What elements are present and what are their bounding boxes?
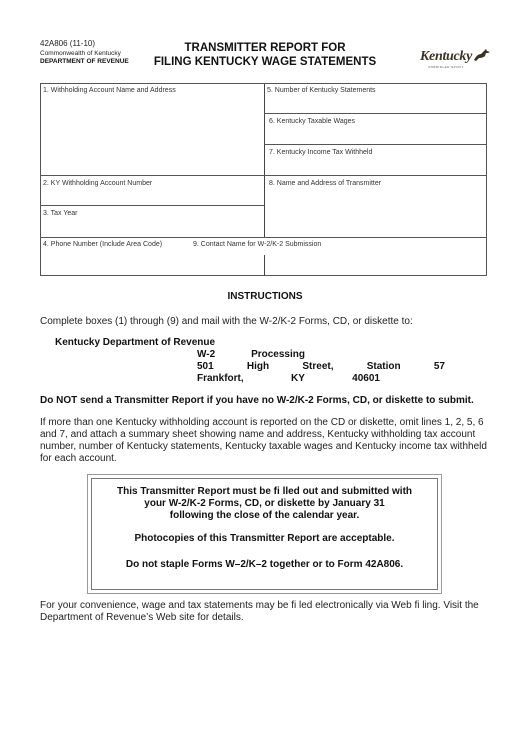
kentucky-logo: Kentucky UNBRIDLED SPIRIT <box>418 47 490 71</box>
column-divider <box>264 84 265 237</box>
notice-line-2: your W-2/K-2 Forms, CD, or diskette by J… <box>88 498 441 510</box>
field-7-income-tax-withheld[interactable]: 7. Kentucky Income Tax Withheld <box>269 149 372 156</box>
complete-boxes-text: Complete boxes (1) through (9) and mail … <box>40 316 413 328</box>
department-name: DEPARTMENT OF REVENUE <box>40 58 129 65</box>
agency-name: Commonwealth of Kentucky <box>40 50 121 57</box>
web-filing-text: For your convenience, wage and tax state… <box>40 600 510 624</box>
deadline-notice-box: This Transmitter Report must be fi lled … <box>87 474 442 594</box>
divider <box>264 113 486 114</box>
divider <box>264 144 486 145</box>
field-1-account-name-address[interactable]: 1. Withholding Account Name and Address <box>43 87 176 94</box>
instructions-heading: INSTRUCTIONS <box>0 291 530 302</box>
mailing-address-line-2: 501 High Street, Station 57 <box>197 361 445 372</box>
transmitter-form: 1. Withholding Account Name and Address … <box>40 83 487 276</box>
field-4-phone-number[interactable]: 4. Phone Number (Include Area Code) <box>43 241 162 248</box>
column-divider-lower <box>264 255 265 276</box>
field-9-contact-name[interactable]: 9. Contact Name for W-2/K-2 Submission <box>193 241 321 248</box>
photocopies-notice: Photocopies of this Transmitter Report a… <box>88 533 441 545</box>
field-3-tax-year[interactable]: 3. Tax Year <box>43 210 78 217</box>
title-line-2: FILING KENTUCKY WAGE STATEMENTS <box>145 55 385 69</box>
do-not-send-warning: Do NOT send a Transmitter Report if you … <box>40 395 474 406</box>
divider <box>41 205 264 206</box>
divider <box>41 237 486 238</box>
form-number: 42A806 (11-10) <box>40 39 95 48</box>
notice-line-1: This Transmitter Report must be fi lled … <box>88 486 441 498</box>
notice-line-3: following the close of the calendar year… <box>88 510 441 522</box>
logo-tagline: UNBRIDLED SPIRIT <box>428 65 464 69</box>
mailing-address-name: Kentucky Department of Revenue <box>55 337 215 348</box>
field-5-number-of-statements[interactable]: 5. Number of Kentucky Statements <box>267 87 376 94</box>
divider <box>41 175 264 176</box>
multiple-accounts-instructions: If more than one Kentucky withholding ac… <box>40 417 498 465</box>
field-8-transmitter-name-address[interactable]: 8. Name and Address of Transmitter <box>269 180 381 187</box>
title-line-1: TRANSMITTER REPORT FOR <box>145 41 385 55</box>
field-6-taxable-wages[interactable]: 6. Kentucky Taxable Wages <box>269 118 355 125</box>
divider <box>264 175 486 176</box>
mailing-address-line-1: W-2 Processing <box>197 349 305 360</box>
field-2-account-number[interactable]: 2. KY Withholding Account Number <box>43 180 152 187</box>
staple-notice: Do not staple Forms W–2/K–2 together or … <box>88 559 441 571</box>
mailing-address-line-3: Frankfort, KY 40601 <box>197 373 380 384</box>
horse-icon <box>473 48 491 62</box>
logo-wordmark: Kentucky <box>420 49 472 65</box>
page-title: TRANSMITTER REPORT FOR FILING KENTUCKY W… <box>145 41 385 69</box>
